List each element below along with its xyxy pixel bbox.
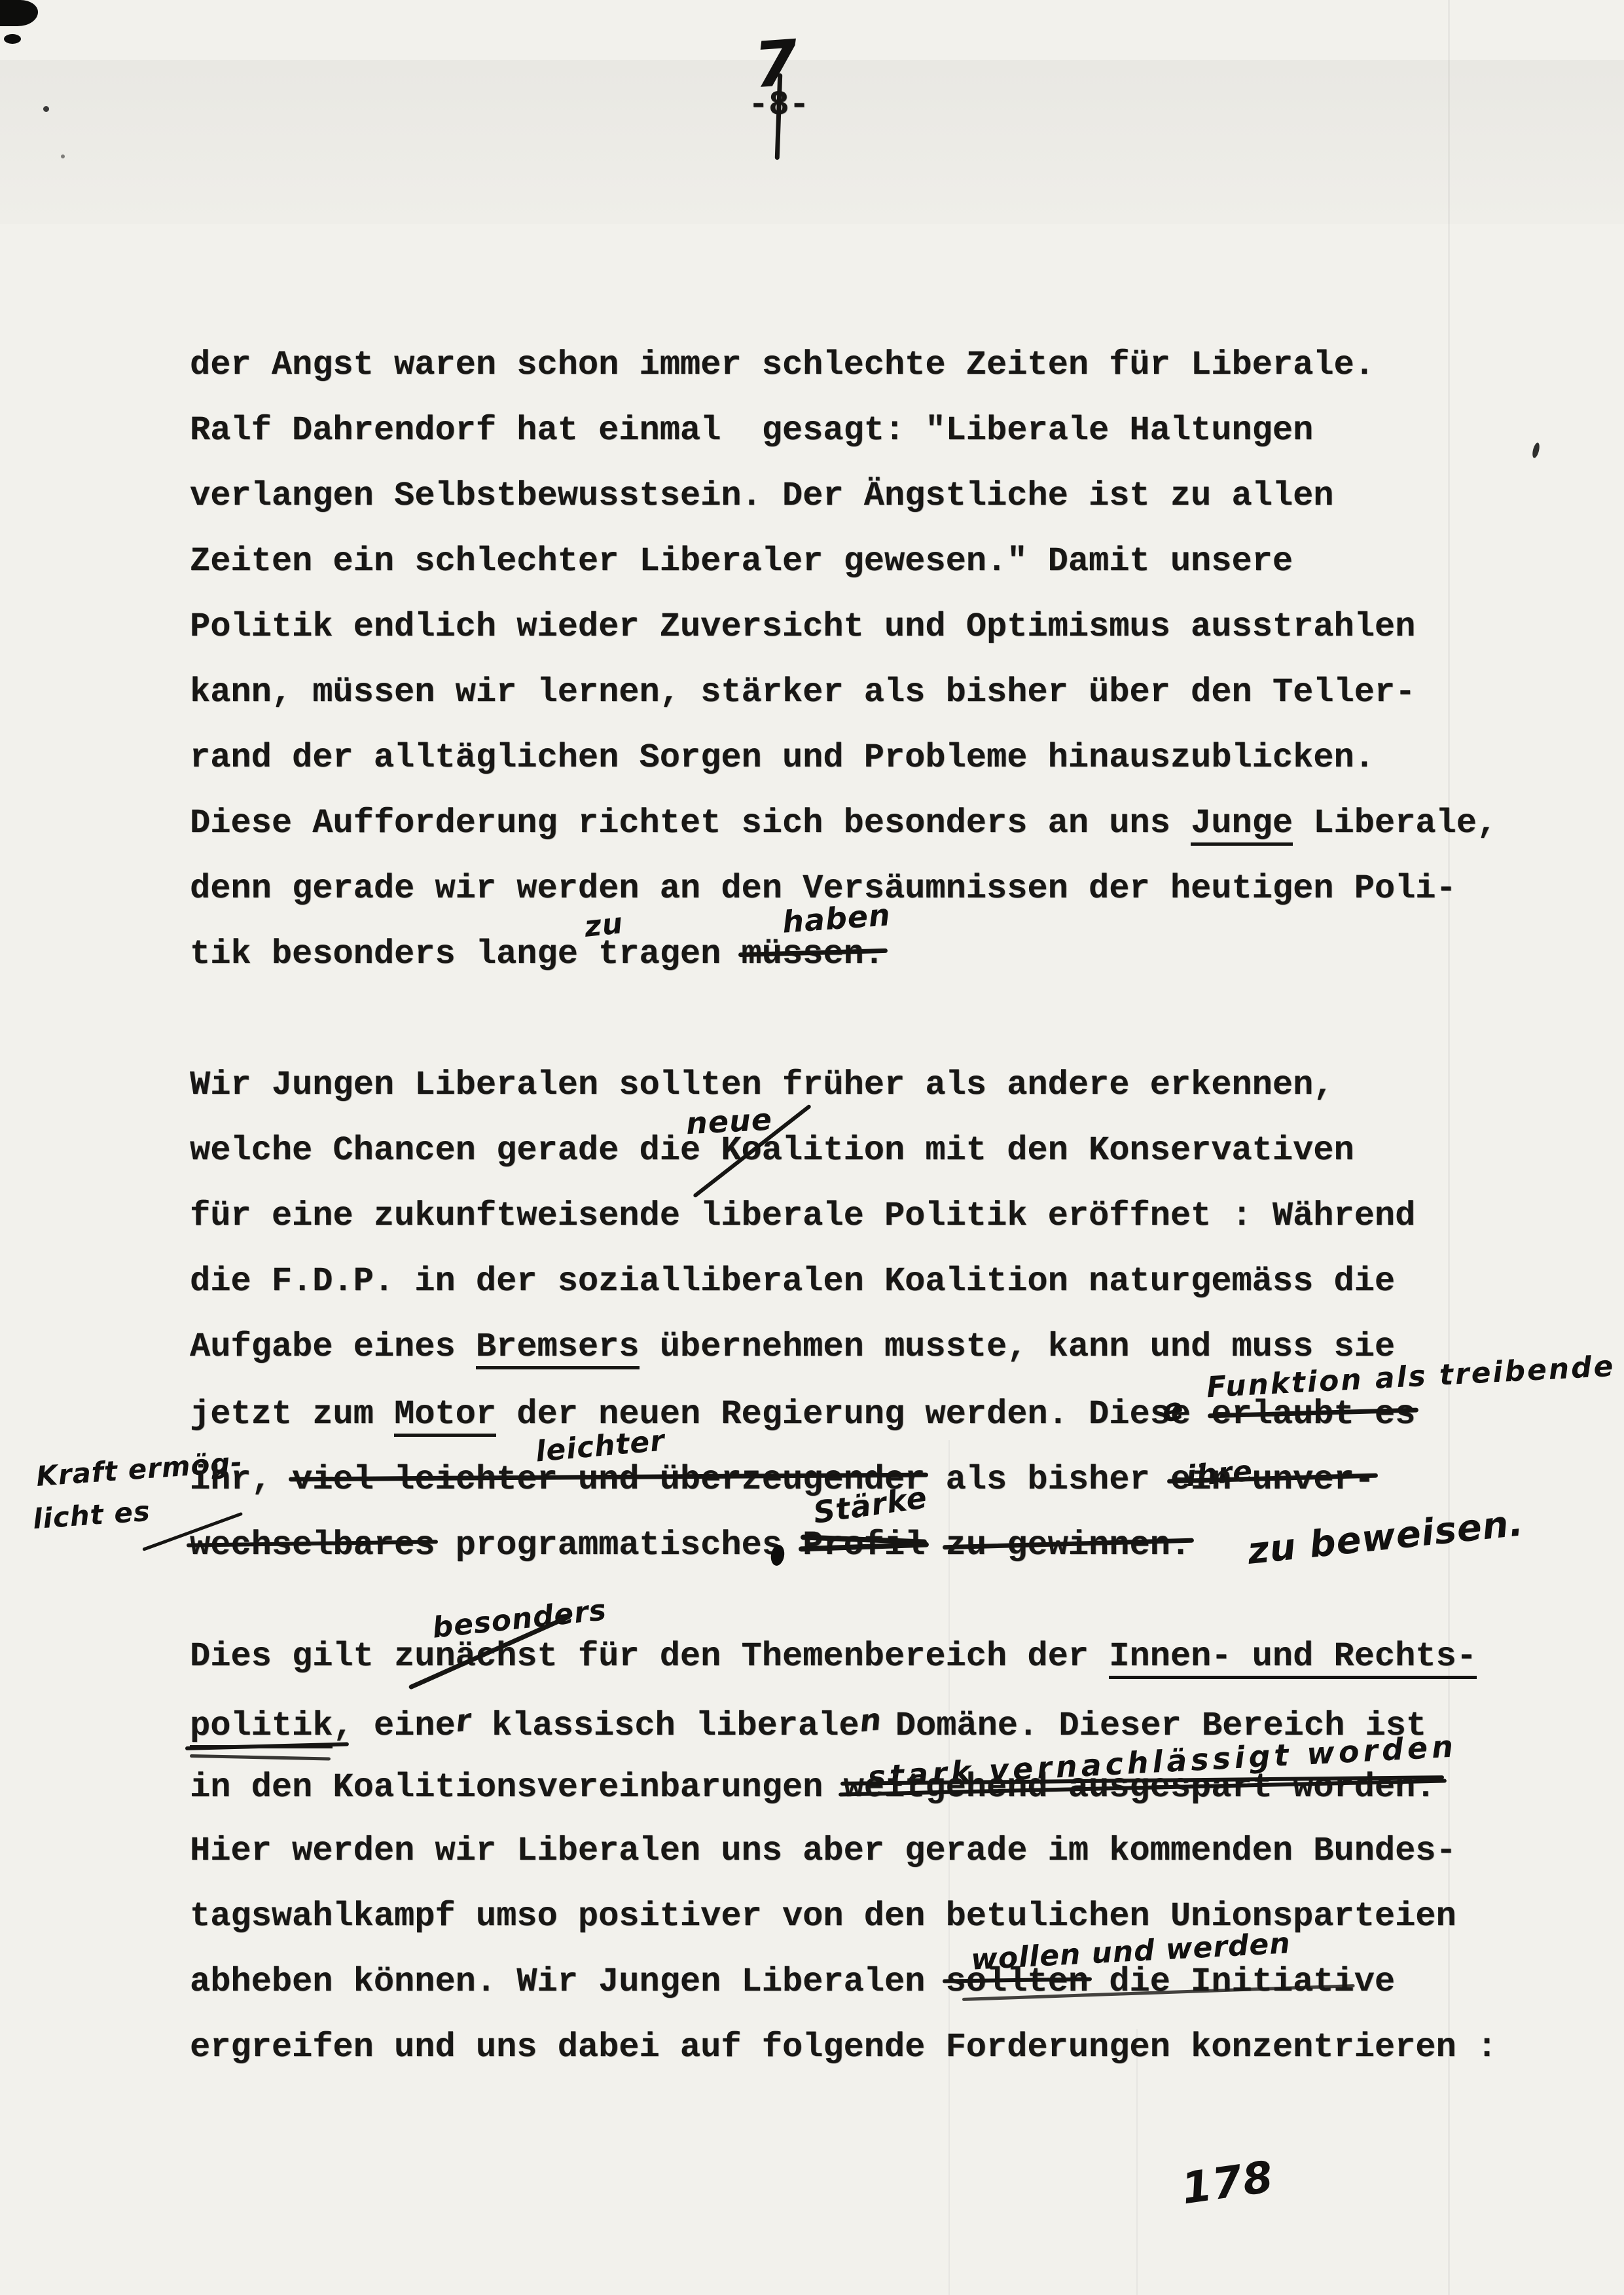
struck-words-zu-gewinnen: zu gewinnen. — [946, 1526, 1191, 1564]
typed-line-8: Diese Aufforderung richtet sich besonder… — [190, 804, 1497, 842]
typed-text: der neuen Regierung werden. Diese — [496, 1395, 1211, 1434]
typed-line-19: Dies gilt zunächst für den Themenbereich… — [190, 1638, 1477, 1676]
handwritten-margin-note-licht-es: licht es — [32, 1495, 152, 1535]
typed-line-21: in den Koalitionsvereinbarungen weitgehe… — [190, 1769, 1436, 1807]
handwritten-archive-number: 178 — [1178, 2152, 1276, 2214]
scan-artifact-speck — [61, 154, 65, 158]
typed-line-4: Zeiten ein schlechter Liberaler gewesen.… — [190, 543, 1293, 581]
typed-line-17: ihr, viel leichter und überzeugender als… — [190, 1461, 1375, 1499]
handwritten-insertion-neue: neue — [685, 1102, 774, 1142]
typed-text: , eine — [333, 1707, 455, 1745]
typed-text: jetzt zum — [190, 1395, 394, 1434]
handwritten-replacement-zu-beweisen: zu beweisen. — [1246, 1502, 1526, 1573]
typed-text: Dies gilt — [190, 1637, 394, 1676]
paper-fold-line — [1136, 2029, 1138, 2295]
typed-line-2: Ralf Dahrendorf hat einmal gesagt: "Libe… — [190, 412, 1313, 450]
typed-line-5: Politik endlich wieder Zuversicht und Op… — [190, 608, 1415, 646]
typed-text: in den Koalitionsvereinbarungen — [190, 1768, 844, 1807]
handwritten-insertion-zu: zu — [583, 907, 624, 944]
typed-text: übernehmen musste, kann und muss sie — [640, 1328, 1396, 1366]
typed-text: tik besonders lange tragen — [190, 935, 742, 973]
typed-line-7: rand der alltäglichen Sorgen und Problem… — [190, 739, 1375, 777]
typed-line-18: wechselbares programmatisches Profil zu … — [190, 1527, 1191, 1564]
typed-line-11: Wir Jungen Liberalen sollten früher als … — [190, 1066, 1333, 1104]
typed-line-10: tik besonders lange tragen müssen. — [190, 935, 884, 973]
scanned-document-page: 7 -8- der Angst waren schon immer schlec… — [0, 0, 1624, 2295]
pen-apostrophe-mark — [1531, 442, 1541, 458]
typed-line-6: kann, müssen wir lernen, stärker als bis… — [190, 674, 1415, 712]
typed-text: programmatisches — [435, 1526, 803, 1564]
typed-line-1: der Angst waren schon immer schlechte Ze… — [190, 346, 1375, 384]
handwritten-inline-r: r — [454, 1701, 473, 1740]
scan-texture-band — [0, 60, 1624, 224]
typed-line-3: verlangen Selbstbewusstsein. Der Ängstli… — [190, 477, 1333, 515]
typed-text: für den Themenbereich der — [558, 1637, 1110, 1676]
underlined-word-junge: Junge — [1191, 804, 1293, 846]
typed-text: als bisher — [925, 1460, 1170, 1499]
typed-line-13: für eine zukunftweisende liberale Politi… — [190, 1197, 1415, 1235]
typed-line-16: jetzt zum Motor der neuen Regierung werd… — [190, 1396, 1415, 1434]
struck-word-muessen: müssen. — [742, 935, 884, 973]
underlined-word-bremsers: Bremsers — [476, 1328, 640, 1369]
typed-text: Diese Aufforderung richtet sich besonder… — [190, 804, 1191, 842]
struck-word-sollten: sollten — [946, 1962, 1089, 2001]
handwritten-inline-n: n — [857, 1701, 877, 1740]
typed-line-22: Hier werden wir Liberalen uns aber gerad… — [190, 1832, 1456, 1870]
typed-text: abheben können. Wir Jungen Liberalen — [190, 1962, 946, 2001]
typed-text: Aufgabe eines — [190, 1328, 476, 1366]
scan-artifact-blob — [0, 0, 38, 26]
struck-word-wechselbares: wechselbares — [190, 1526, 435, 1564]
typed-text: ihr, — [190, 1460, 292, 1499]
typed-line-15: Aufgabe eines Bremsers übernehmen musste… — [190, 1328, 1395, 1366]
scan-artifact-speck — [43, 106, 49, 112]
handwritten-underline-squiggle — [190, 1754, 331, 1761]
underlined-word-politik: politik — [190, 1707, 333, 1748]
underlined-word-motor: Motor — [394, 1395, 496, 1437]
struck-words-weitgehend-ausgespart: weitgehend ausgespart worden. — [844, 1768, 1436, 1807]
typed-line-14: die F.D.P. in der sozialliberalen Koalit… — [190, 1263, 1395, 1301]
struck-words-erlaubt-es: erlaubt es — [1211, 1395, 1415, 1434]
underlined-words-innen-und-rechts: Innen- und Rechts- — [1109, 1637, 1477, 1679]
scan-artifact-blob — [4, 34, 21, 44]
typed-text: Liberale, — [1293, 804, 1497, 842]
paper-fold-line — [1448, 0, 1450, 2295]
handwritten-replacement-haben: haben — [781, 897, 892, 939]
typed-text: die Initiative — [1089, 1962, 1395, 2001]
struck-words-ein-unver: ein unver- — [1170, 1460, 1375, 1499]
typed-text: klassisch liberale — [471, 1707, 859, 1745]
scribbled-word-profil: Profil — [803, 1526, 925, 1564]
typed-line-25: ergreifen und uns dabei auf folgende For… — [190, 2029, 1497, 2067]
typed-line-24: abheben können. Wir Jungen Liberalen sol… — [190, 1963, 1395, 2001]
